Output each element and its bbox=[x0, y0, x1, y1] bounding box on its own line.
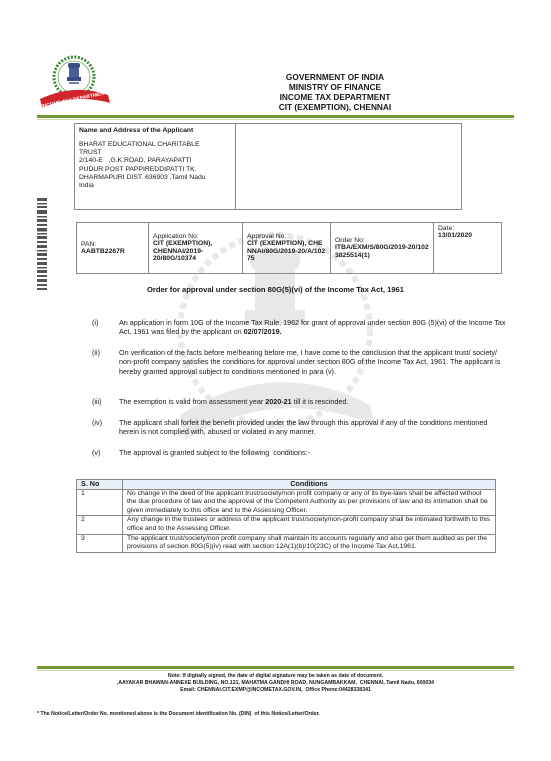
pan-value: AABTB2267R bbox=[81, 248, 144, 256]
application-no-cell: Application No: CIT (EXEMPTION), CHENNAI… bbox=[149, 223, 243, 273]
row-sno: 2 bbox=[77, 516, 123, 534]
conditions-header-row: S. No Conditions bbox=[77, 480, 496, 490]
address-line: DHARMAPURI DIST. 636903 ,Tamil Nadu bbox=[79, 174, 231, 182]
table-row: 3 The applicant trust/society/non profit… bbox=[77, 534, 496, 552]
paragraph-text: The approval is granted subject to the f… bbox=[119, 448, 507, 457]
paragraph-text: On verification of the facts before me/h… bbox=[119, 348, 507, 376]
table-row: 1 No change in the deed of the applicant… bbox=[77, 489, 496, 516]
approval-no-cell: Approval No: CIT (EXEMPTION), CHENNAI/80… bbox=[243, 223, 331, 273]
paragraph-text: An application in form 10G of the Income… bbox=[119, 318, 505, 336]
reference-table: PAN: AABTB2267R Application No: CIT (EXE… bbox=[76, 222, 502, 274]
paragraph-iii: (iii) The exemption is valid from assess… bbox=[92, 397, 507, 406]
footer-address: ,AAYAKAR BHAWAN-ANNEXE BUILDING, NO.121,… bbox=[0, 680, 551, 687]
approval-no-label: Approval No: bbox=[247, 233, 326, 240]
footer-note: Note: If digitally signed, the date of d… bbox=[0, 673, 551, 680]
paragraph-i: (i) An application in form 10G of the In… bbox=[92, 318, 507, 337]
header-line-ministry: MINISTRY OF FINANCE bbox=[200, 82, 470, 92]
row-condition: The applicant trust/society/non profit c… bbox=[123, 534, 496, 552]
income-tax-emblem-icon: INCOME TAX DEPARTMENT bbox=[34, 53, 114, 115]
paragraph-text: The exemption is valid from assessment y… bbox=[119, 397, 265, 406]
footer-divider bbox=[37, 666, 514, 669]
address-line: 2/140-E ,G.K.ROAD, PARAYAPATTI bbox=[79, 157, 231, 165]
row-condition: Any change in the trustees or address of… bbox=[123, 516, 496, 534]
header-line-government: GOVERNMENT OF INDIA bbox=[200, 72, 470, 82]
date-cell: Date: 13/01/2020 bbox=[434, 223, 501, 273]
applicant-right-blank bbox=[236, 124, 461, 209]
row-sno: 1 bbox=[77, 489, 123, 516]
header-conditions: Conditions bbox=[123, 480, 496, 490]
paragraph-number: (iv) bbox=[92, 418, 102, 427]
header-line-office: CIT (EXEMPTION), CHENNAI bbox=[200, 102, 470, 112]
address-line: BHARAT EDUCATIONAL CHARITABLE bbox=[79, 141, 231, 149]
footer-contact: Email: CHENNAI.CIT.EXMP@INCOMETAX.GOV.IN… bbox=[0, 687, 551, 694]
paragraph-text: The applicant shall forfeit the benefit … bbox=[119, 418, 507, 437]
header-divider-thin bbox=[37, 119, 514, 120]
filing-date: 02/07/2019. bbox=[244, 327, 282, 336]
order-no-value: ITBA/EXM/S/80G/2019-20/1023825514(1) bbox=[335, 244, 429, 259]
address-line: India bbox=[79, 182, 231, 190]
paragraph-v: (v) The approval is granted subject to t… bbox=[92, 448, 507, 457]
paragraph-iv: (iv) The applicant shall forfeit the ben… bbox=[92, 418, 507, 437]
row-condition: No change in the deed of the applicant t… bbox=[123, 489, 496, 516]
application-no-value: CIT (EXEMPTION), CHENNAI/2019-20/80G/103… bbox=[153, 240, 238, 263]
footer: Note: If digitally signed, the date of d… bbox=[0, 673, 551, 694]
header-line-department: INCOME TAX DEPARTMENT bbox=[200, 92, 470, 102]
header-divider bbox=[37, 115, 514, 118]
applicant-address: BHARAT EDUCATIONAL CHARITABLE TRUST 2/14… bbox=[79, 141, 231, 190]
assessment-year: 2020-21 bbox=[265, 397, 291, 406]
order-no-cell: Order No: ITBA/EXM/S/80G/2019-20/1023825… bbox=[331, 223, 434, 273]
footer-divider-thin bbox=[37, 670, 514, 671]
din-note: * The Notice/Letter/Order No. mentioned … bbox=[37, 711, 320, 717]
paragraph-number: (iii) bbox=[92, 397, 102, 406]
order-title: Order for approval under section 80G(5)(… bbox=[0, 285, 551, 294]
conditions-table: S. No Conditions 1 No change in the deed… bbox=[76, 479, 496, 553]
address-line: TRUST bbox=[79, 149, 231, 157]
application-no-label: Application No: bbox=[153, 233, 238, 240]
date-value: 13/01/2020 bbox=[438, 232, 497, 240]
address-line: PUDUR POST PAPPIREDDIPATTI TK. bbox=[79, 166, 231, 174]
paragraph-text: till it is rescinded. bbox=[292, 397, 349, 406]
paragraph-number: (i) bbox=[92, 318, 98, 327]
table-row: 2 Any change in the trustees or address … bbox=[77, 516, 496, 534]
applicant-label: Name and Address of the Applicant bbox=[79, 127, 231, 134]
paragraph-number: (ii) bbox=[92, 348, 100, 357]
order-no-label: Order No: bbox=[335, 237, 429, 244]
date-label: Date: bbox=[438, 225, 497, 232]
row-sno: 3 bbox=[77, 534, 123, 552]
barcode-icon bbox=[37, 198, 47, 290]
header-titles: GOVERNMENT OF INDIA MINISTRY OF FINANCE … bbox=[200, 72, 470, 112]
applicant-details: Name and Address of the Applicant BHARAT… bbox=[75, 124, 236, 209]
pan-cell: PAN: AABTB2267R bbox=[77, 223, 149, 273]
paragraph-number: (v) bbox=[92, 448, 100, 457]
approval-no-value: CIT (EXEMPTION), CHENNAI/80G/2019-20/A/1… bbox=[247, 240, 326, 263]
applicant-box: Name and Address of the Applicant BHARAT… bbox=[74, 123, 462, 210]
paragraph-ii: (ii) On verification of the facts before… bbox=[92, 348, 507, 376]
pan-label: PAN: bbox=[81, 241, 144, 248]
header-sno: S. No bbox=[77, 480, 123, 490]
